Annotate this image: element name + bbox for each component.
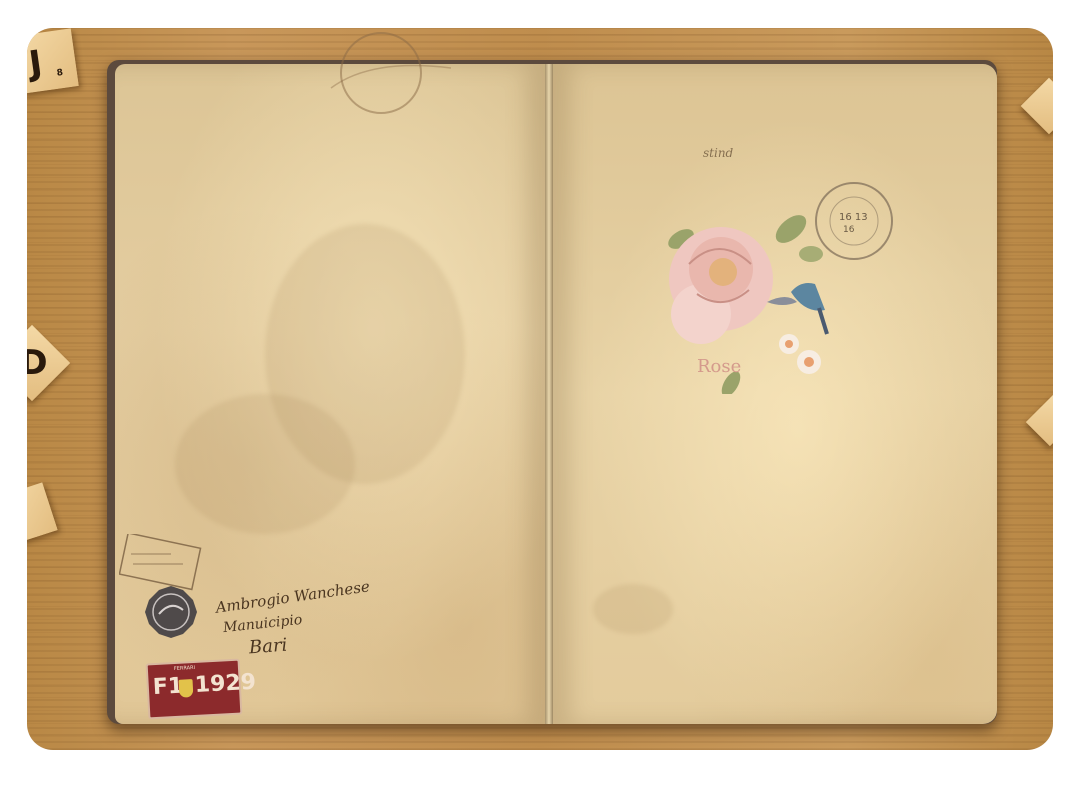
tile-points: 8 bbox=[56, 68, 64, 79]
right-page: 16 13 16 stind bbox=[553, 64, 997, 724]
book-spine bbox=[545, 64, 553, 724]
postmark-stamp-top bbox=[311, 28, 451, 118]
handwriting-city: Manuicipio bbox=[222, 612, 303, 636]
rose-illustration bbox=[641, 184, 851, 394]
license-plate-1929: FERRARI F1 1929 bbox=[146, 659, 243, 720]
rose-label: Rose bbox=[697, 356, 741, 377]
scrabble-tile-right-top bbox=[1021, 78, 1053, 135]
scrabble-tile-right-bottom bbox=[1026, 394, 1053, 446]
plate-top-text: FERRARI bbox=[174, 665, 195, 672]
left-page: Ambrogio Wanchese Manuicipio Bari bbox=[115, 64, 545, 724]
tile-letter: D bbox=[27, 343, 48, 383]
page-stain bbox=[175, 394, 355, 534]
open-notebook: Ambrogio Wanchese Manuicipio Bari 16 13 … bbox=[107, 60, 997, 724]
handwriting-place: Bari bbox=[248, 635, 288, 659]
horse-shield-icon bbox=[178, 679, 193, 698]
wooden-table-photo: J 8 D Ambrogio Wanchese Manuicipio bbox=[27, 28, 1053, 750]
tile-letter: J bbox=[27, 43, 45, 84]
handwriting-name: Ambrogio Wanchese bbox=[215, 577, 371, 616]
scrabble-tile-partial bbox=[27, 482, 58, 543]
wax-seal-icon bbox=[143, 584, 199, 640]
scrabble-tile-d: D bbox=[27, 325, 70, 401]
page-stain bbox=[593, 584, 673, 634]
stamp-handwriting-top: stind bbox=[703, 146, 733, 160]
scrabble-tile-j: J 8 bbox=[27, 28, 79, 93]
plate-right-text: 1929 bbox=[194, 670, 256, 698]
